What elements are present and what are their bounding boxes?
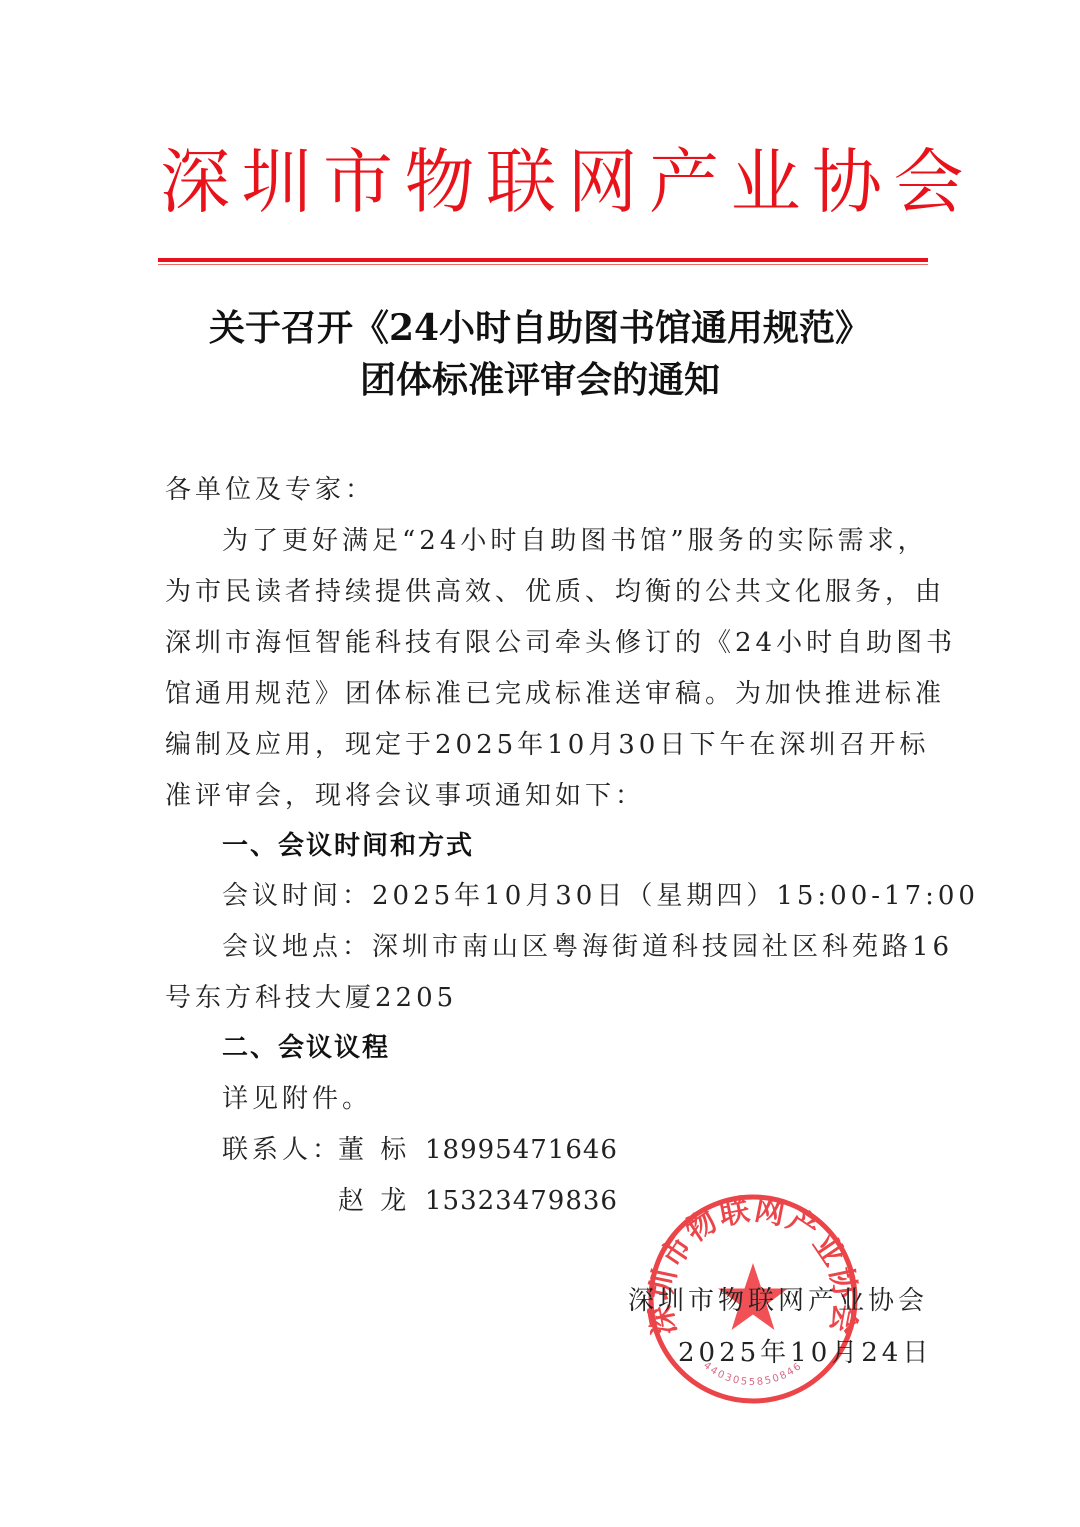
document-title-line-2: 团体标准评审会的通知: [100, 354, 980, 406]
document-title-line-1: 关于召开《24小时自助图书馆通用规范》: [100, 302, 980, 354]
letterhead-rule: [158, 258, 928, 262]
agenda-text: 详见附件。: [222, 1074, 372, 1124]
contact-label: 联系人：: [222, 1125, 342, 1175]
meeting-location: 会议地点：深圳市南山区粤海街道科技园社区科苑路16: [222, 922, 953, 972]
body-paragraph-line: 馆通用规范》团体标准已完成标准送审稿。为加快推进标准: [165, 669, 945, 719]
contact-name: 董 标: [338, 1125, 410, 1175]
signature-date: 2025年10月24日: [678, 1328, 932, 1378]
body-paragraph-line: 编制及应用，现定于2025年10月30日下午在深圳召开标: [165, 720, 929, 770]
meeting-location-cont: 号东方科技大厦2205: [165, 973, 457, 1023]
document-page: 深圳市物联网产业协会 关于召开《24小时自助图书馆通用规范》 团体标准评审会的通…: [0, 0, 1080, 1527]
body-paragraph-line: 深圳市海恒智能科技有限公司牵头修订的《24小时自助图书: [165, 618, 956, 668]
signature-organization: 深圳市物联网产业协会: [628, 1276, 928, 1326]
body-paragraph-line: 为了更好满足“24小时自助图书馆”服务的实际需求，: [222, 516, 928, 566]
body-paragraph-line: 准评审会，现将会议事项通知如下：: [165, 771, 645, 821]
salutation: 各单位及专家：: [165, 465, 375, 515]
letterhead-rule-thin: [158, 264, 928, 265]
section-heading-meeting-time: 一、会议时间和方式: [222, 821, 474, 871]
contact-name: 赵 龙: [338, 1176, 410, 1226]
contact-phone: 18995471646: [425, 1125, 618, 1175]
organization-letterhead: 深圳市物联网产业协会: [160, 132, 920, 232]
contact-phone: 15323479836: [425, 1176, 618, 1226]
section-heading-agenda: 二、会议议程: [222, 1023, 390, 1073]
body-paragraph-line: 为市民读者持续提供高效、优质、均衡的公共文化服务，由: [165, 567, 945, 617]
meeting-time: 会议时间：2025年10月30日（星期四）15:00-17:00: [222, 871, 979, 921]
